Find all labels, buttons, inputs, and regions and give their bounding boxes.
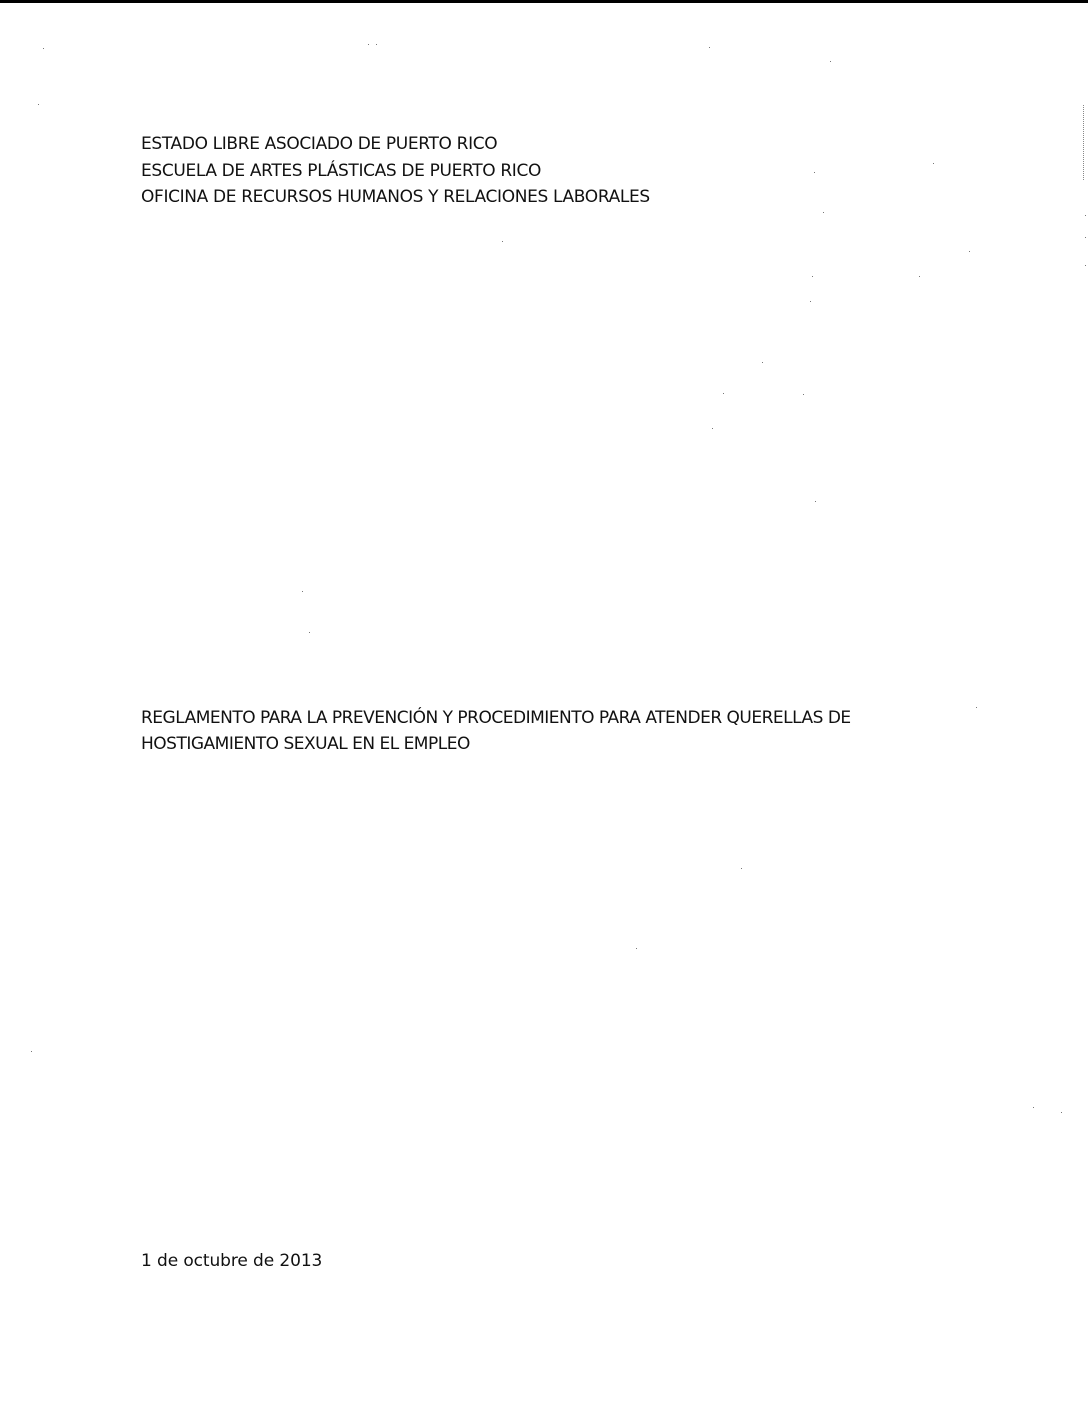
scan-speck bbox=[368, 44, 369, 45]
title-line-2: HOSTIGAMIENTO SEXUAL EN EL EMPLEO bbox=[141, 731, 851, 757]
scan-speck bbox=[38, 104, 39, 105]
scan-speck bbox=[814, 172, 815, 173]
scan-speck bbox=[309, 632, 310, 633]
scan-speck bbox=[815, 501, 816, 502]
scan-speck bbox=[1033, 1107, 1034, 1108]
scan-speck bbox=[43, 48, 44, 49]
scan-speck bbox=[803, 394, 804, 395]
scan-speck bbox=[1085, 265, 1086, 266]
scan-speck bbox=[1085, 237, 1086, 238]
scan-speck bbox=[376, 44, 377, 45]
title-line-1: REGLAMENTO PARA LA PREVENCIÓN Y PROCEDIM… bbox=[141, 705, 851, 731]
scan-border-top bbox=[0, 0, 1088, 3]
scan-speck bbox=[302, 591, 303, 592]
scan-speck bbox=[919, 276, 920, 277]
header-line-office: OFICINA DE RECURSOS HUMANOS Y RELACIONES… bbox=[141, 184, 650, 211]
institution-header: ESTADO LIBRE ASOCIADO DE PUERTO RICO ESC… bbox=[141, 131, 650, 211]
scan-speck bbox=[933, 163, 934, 164]
scan-speck bbox=[636, 948, 637, 949]
scan-speck bbox=[969, 251, 970, 252]
scan-speck bbox=[1061, 1112, 1062, 1113]
scan-speck bbox=[976, 707, 977, 708]
scan-speck bbox=[31, 1051, 32, 1052]
scan-speck bbox=[709, 47, 710, 48]
scan-speck bbox=[741, 868, 742, 869]
scan-speck bbox=[723, 393, 724, 394]
scan-border-right bbox=[1083, 105, 1085, 180]
scan-speck bbox=[812, 276, 813, 277]
scan-speck bbox=[712, 428, 713, 429]
scan-speck bbox=[830, 61, 831, 62]
document-date: 1 de octubre de 2013 bbox=[141, 1250, 322, 1272]
scan-speck bbox=[810, 301, 811, 302]
scan-speck bbox=[823, 212, 824, 213]
header-line-government: ESTADO LIBRE ASOCIADO DE PUERTO RICO bbox=[141, 131, 650, 158]
document-title: REGLAMENTO PARA LA PREVENCIÓN Y PROCEDIM… bbox=[141, 705, 851, 757]
scan-speck bbox=[502, 241, 503, 242]
header-line-school: ESCUELA DE ARTES PLÁSTICAS DE PUERTO RIC… bbox=[141, 158, 650, 185]
scan-speck bbox=[1085, 215, 1086, 216]
scan-speck bbox=[762, 362, 763, 363]
